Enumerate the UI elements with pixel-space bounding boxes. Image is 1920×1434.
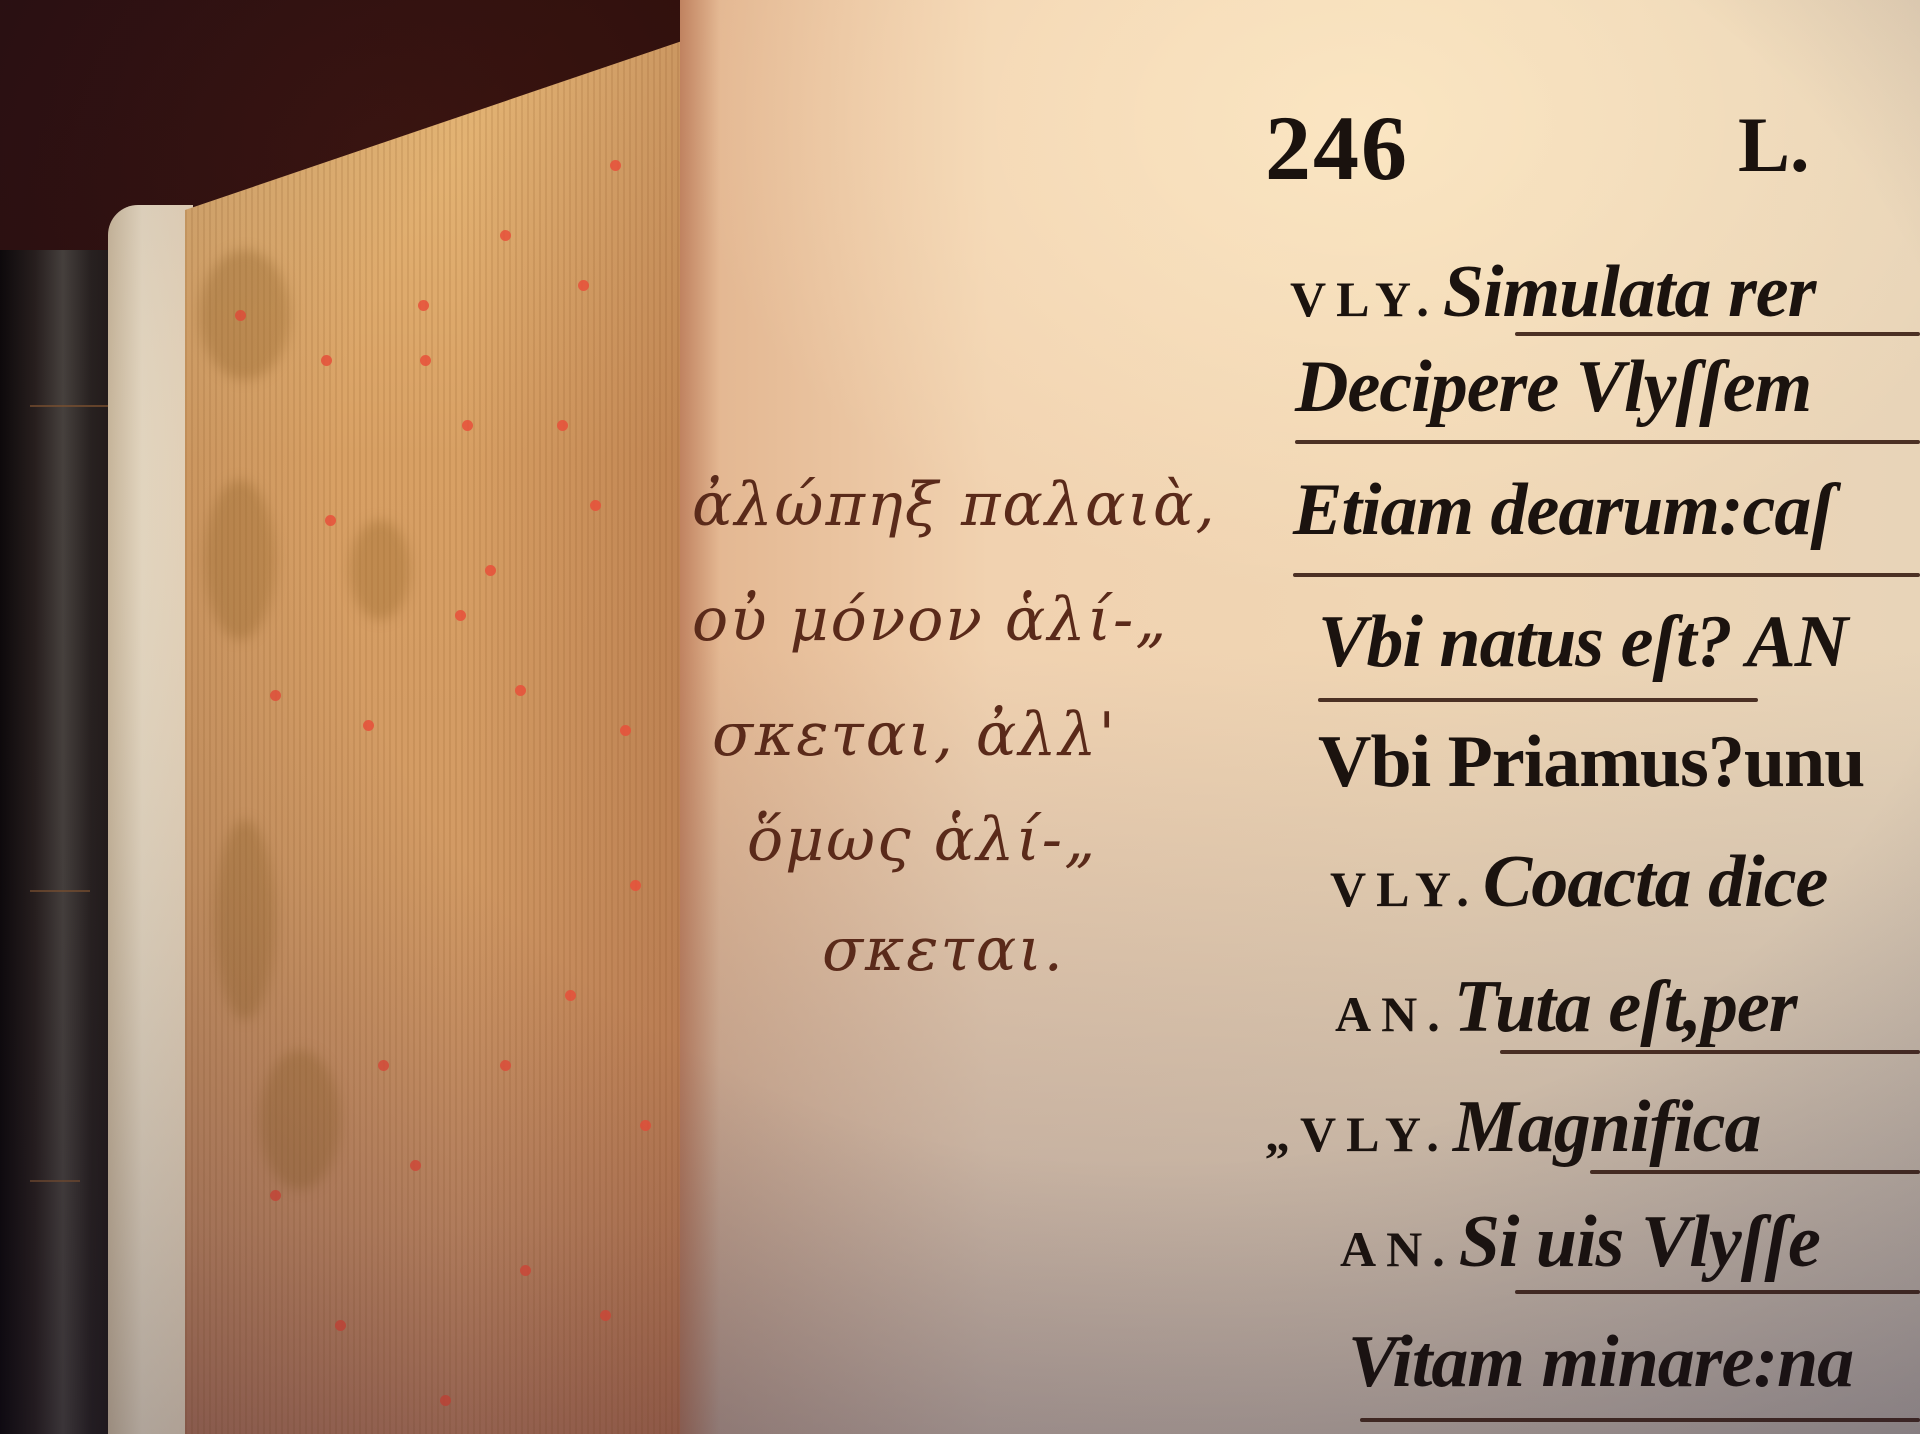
- book-photo: 246 L. VLY. Simulata rer Decipere Vlyſſe…: [0, 0, 1920, 1434]
- text-line: Etiam dearum:caſ: [1293, 468, 1834, 553]
- text-line: Vitam minare:na: [1348, 1320, 1853, 1405]
- ink-underline: [1500, 1050, 1920, 1054]
- ink-underline: [1360, 1418, 1920, 1422]
- text-line: Decipere Vlyſſem: [1295, 345, 1811, 430]
- text-line: „VLY. Magnifica: [1265, 1085, 1760, 1170]
- ink-underline: [1515, 332, 1920, 336]
- text-line: VLY. Coacta dice: [1330, 840, 1827, 925]
- line-text: Magnifica: [1453, 1086, 1761, 1168]
- binding-crease: [30, 890, 90, 892]
- line-text: Simulata rer: [1443, 251, 1816, 333]
- line-text: Decipere Vlyſſem: [1295, 346, 1811, 428]
- speaker-label: AN.: [1340, 1221, 1455, 1277]
- line-text: Si uis Vlyſſe: [1459, 1201, 1820, 1283]
- ink-underline: [1515, 1290, 1920, 1294]
- fore-edge-shadow: [185, 40, 685, 1434]
- binding-crease: [30, 1180, 80, 1182]
- marginalia-line: οὐ μόνον ἁλί-„: [692, 585, 1168, 655]
- marginalia-line: σκεται.: [822, 915, 1065, 985]
- text-line: AN. Si uis Vlyſſe: [1340, 1200, 1820, 1285]
- text-line: Vbi natus eſt? AN: [1318, 600, 1847, 685]
- ink-underline: [1318, 698, 1758, 702]
- line-text: Tuta eſt,per: [1454, 966, 1797, 1048]
- endpaper-edge: [108, 205, 193, 1434]
- line-text: Vbi Priamus?unu: [1318, 721, 1864, 803]
- speaker-label: VLY.: [1290, 271, 1439, 327]
- speaker-label: VLY.: [1330, 861, 1479, 917]
- line-text: Vitam minare:na: [1348, 1321, 1853, 1403]
- ink-underline: [1295, 440, 1920, 444]
- speaker-label: AN.: [1335, 986, 1450, 1042]
- line-text: Etiam dearum:caſ: [1293, 469, 1834, 551]
- line-text: Coacta dice: [1483, 841, 1828, 923]
- line-text: Vbi natus eſt? AN: [1318, 601, 1847, 683]
- marginalia-line: ἀλώπηξ παλαιὰ,: [692, 470, 1217, 540]
- page-number: 246: [1265, 95, 1409, 201]
- speaker-label: „VLY.: [1265, 1106, 1449, 1162]
- ink-underline: [1293, 573, 1920, 577]
- marginalia-line: ὅμως ἁλί-„: [747, 805, 1097, 875]
- binding-crease: [30, 405, 110, 407]
- running-head: L.: [1738, 100, 1810, 190]
- ink-underline: [1590, 1170, 1920, 1174]
- text-line: VLY. Simulata rer: [1290, 250, 1815, 335]
- marginalia-line: σκεται, ἀλλ': [712, 700, 1117, 770]
- text-line: Vbi Priamus?unu: [1318, 720, 1864, 805]
- text-line: AN. Tuta eſt,per: [1335, 965, 1797, 1050]
